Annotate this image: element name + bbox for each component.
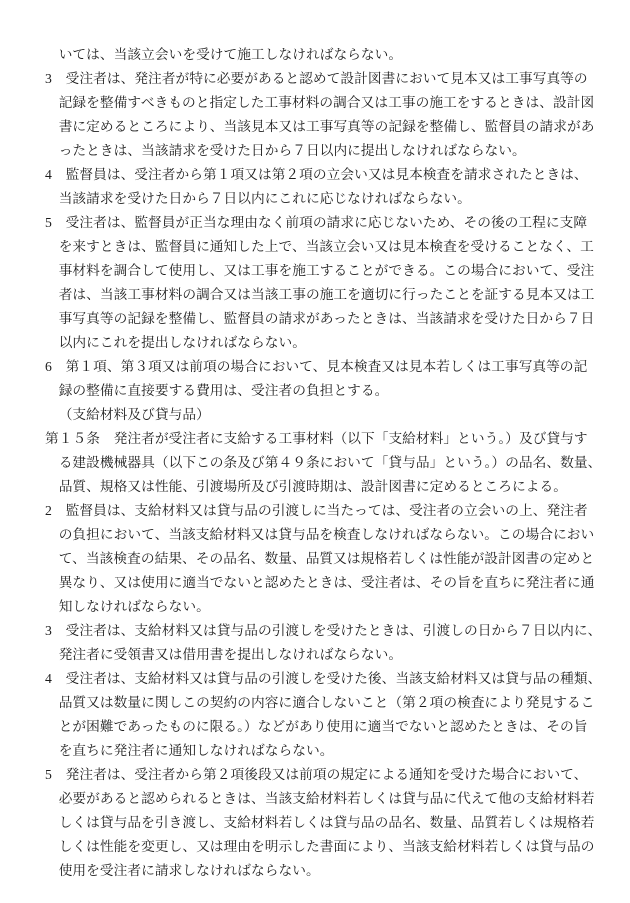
- text-line: 事材料を調合して使用し、又は工事を施工することができる。この場合において、受注: [45, 259, 612, 283]
- text-line: 異なり、又は使用に適当でないと認めたときは、受注者は、その旨を直ちに発注者に通: [45, 571, 612, 595]
- text-line: 以内にこれを提出しなければならない。: [45, 331, 612, 355]
- document-page: いては、当該立会いを受けて施工しなければならない。 3 受注者は、発注者が特に必…: [0, 0, 630, 903]
- text-line: 記録を整備すべきものと指定した工事材料の調合又は工事の施工をするときは、設計図: [45, 91, 612, 115]
- text-line: 必要があると認められるときは、当該支給材料若しくは貸与品に代えて他の支給材料若: [45, 787, 612, 811]
- paragraph-line: 3 受注者は、発注者が特に必要があると認めて設計図書において見本又は工事写真等の: [45, 67, 612, 91]
- text-line: 品質又は数量に関しこの契約の内容に適合しないこと（第２項の検査により発見するこ: [45, 691, 612, 715]
- text-line: ったときは、当該請求を受けた日から７日以内に提出しなければならない。: [45, 139, 612, 163]
- text-line: 事写真等の記録を整備し、監督員の請求があったときは、当該請求を受けた日から７日: [45, 307, 612, 331]
- text-line: 者は、当該工事材料の調合又は当該工事の施工を適切に行ったことを証する見本又は工: [45, 283, 612, 307]
- section-heading: （支給材料及び貸与品）: [45, 403, 612, 427]
- paragraph-line: 5 受注者は、監督員が正当な理由なく前項の請求に応じないため、その後の工程に支障: [45, 211, 612, 235]
- text-line: 知しなければならない。: [45, 595, 612, 619]
- paragraph-line: 4 監督員は、受注者から第１項又は第２項の立会い又は見本検査を請求されたときは、: [45, 163, 612, 187]
- text-line: しくは貸与品を引き渡し、支給材料若しくは貸与品の品名、数量、品質若しくは規格若: [45, 811, 612, 835]
- text-line: を来すときは、監督員に通知した上で、当該立会い又は見本検査を受けることなく、工: [45, 235, 612, 259]
- text-line: を直ちに発注者に通知しなければならない。: [45, 739, 612, 763]
- text-line: しくは性能を変更し、又は理由を明示した書面により、当該支給材料若しくは貸与品の: [45, 835, 612, 859]
- paragraph-line: 6 第１項、第３項又は前項の場合において、見本検査又は見本若しくは工事写真等の記: [45, 355, 612, 379]
- text-line: 発注者に受領書又は借用書を提出しなければならない。: [45, 643, 612, 667]
- text-line: いては、当該立会いを受けて施工しなければならない。: [45, 43, 612, 67]
- article-line: 第１５条 発注者が受注者に支給する工事材料（以下「支給材料」という。）及び貸与す: [45, 427, 612, 451]
- paragraph-line: 5 発注者は、受注者から第２項後段又は前項の規定による通知を受けた場合において、: [45, 763, 612, 787]
- text-line: の負担において、当該支給材料又は貸与品を検査しなければならない。この場合におい: [45, 523, 612, 547]
- paragraph-line: 3 受注者は、支給材料又は貸与品の引渡しを受けたときは、引渡しの日から７日以内に…: [45, 619, 612, 643]
- text-line: る建設機械器具（以下この条及び第４９条において「貸与品」という。）の品名、数量、: [45, 451, 612, 475]
- text-line: 録の整備に直接要する費用は、受注者の負担とする。: [45, 379, 612, 403]
- paragraph-line: 4 受注者は、支給材料又は貸与品の引渡しを受けた後、当該支給材料又は貸与品の種類…: [45, 667, 612, 691]
- paragraph-line: 2 監督員は、支給材料又は貸与品の引渡しに当たっては、受注者の立会いの上、発注者: [45, 499, 612, 523]
- text-line: とが困難であったものに限る。）などがあり使用に適当でないと認めたときは、その旨: [45, 715, 612, 739]
- text-line: 書に定めるところにより、当該見本又は工事写真等の記録を整備し、監督員の請求があ: [45, 115, 612, 139]
- text-line: て、当該検査の結果、その品名、数量、品質又は規格若しくは性能が設計図書の定めと: [45, 547, 612, 571]
- text-line: 品質、規格又は性能、引渡場所及び引渡時期は、設計図書に定めるところによる。: [45, 475, 612, 499]
- text-line: 当該請求を受けた日から７日以内にこれに応じなければならない。: [45, 187, 612, 211]
- text-line: 使用を受注者に請求しなければならない。: [45, 859, 612, 883]
